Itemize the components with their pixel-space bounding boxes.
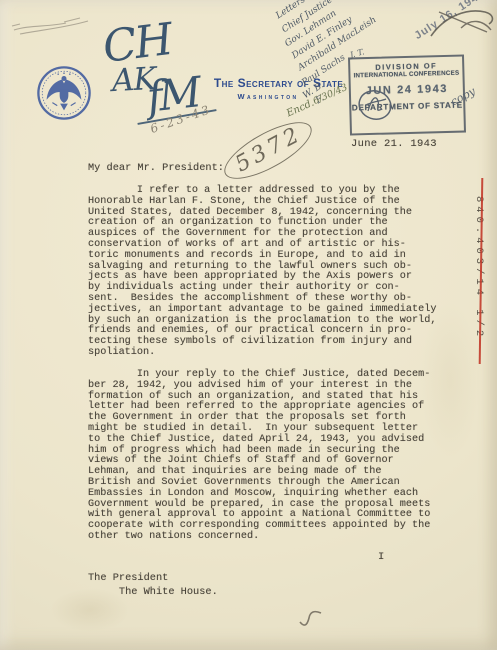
page-marker: I	[378, 551, 384, 563]
paragraph-2: In your reply to the Chief Justice, date…	[88, 370, 430, 543]
checkmark-icon	[297, 606, 325, 632]
indexed-circle-icon	[356, 87, 394, 123]
salutation: My dear Mr. President:	[88, 162, 224, 174]
paper-stain	[50, 588, 130, 632]
pencil-scribble-icon	[8, 12, 100, 40]
ink-scrawl-icon	[427, 2, 497, 46]
letter-document: The Secretary of State Washington CH AK …	[0, 0, 497, 650]
letter-date: June 21. 1943	[351, 138, 437, 150]
great-seal-icon	[35, 64, 93, 122]
paragraph-1: I refer to a letter addressed to you by …	[88, 186, 436, 359]
division-stamp-line2: INTERNATIONAL CONFERENCES	[350, 70, 462, 80]
paper-stain	[420, 300, 480, 460]
